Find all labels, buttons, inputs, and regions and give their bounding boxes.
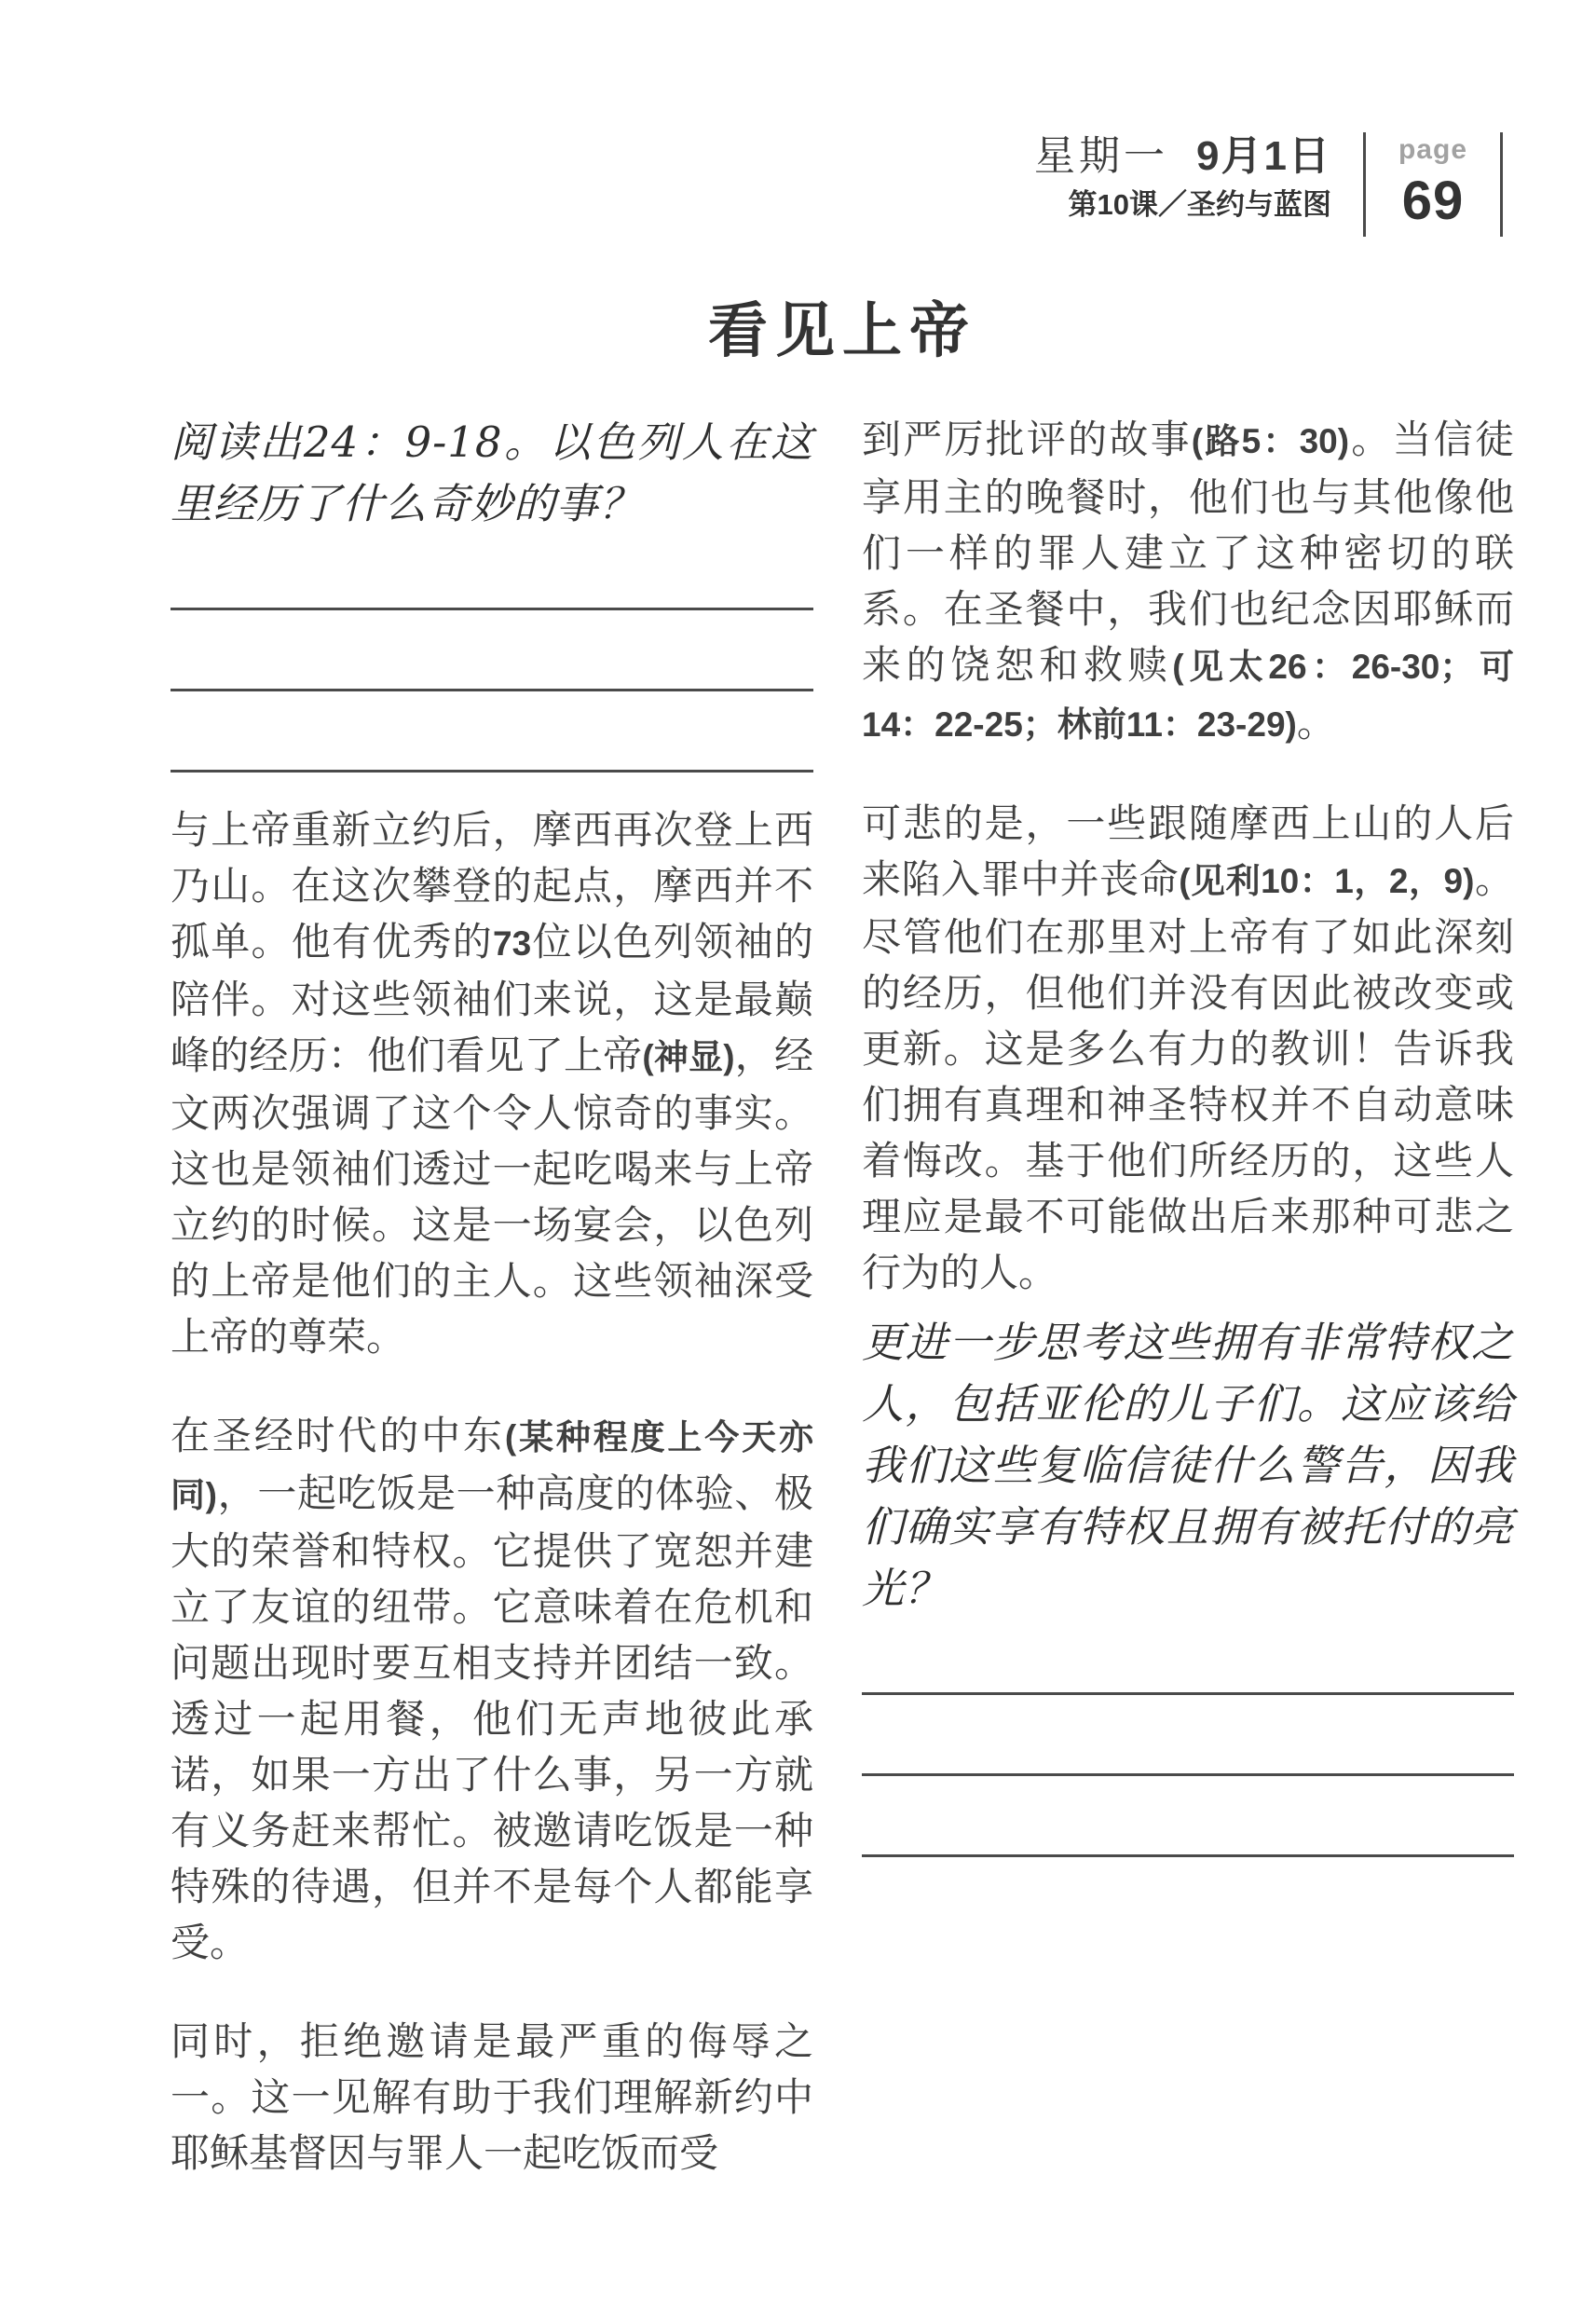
left-column: 阅读出24：9-18。以色列人在这里经历了什么奇妙的事？ 与上帝重新立约后，摩西… [171,412,813,2181]
header-text: 星期一9月1日 第10课／圣约与蓝图 [1034,132,1331,237]
right-column: 到严厉批评的故事(路5：30)。当信徒享用主的晚餐时，他们也与其他像他们一样的罪… [862,412,1514,2181]
text-columns: 阅读出24：9-18。以色列人在这里经历了什么奇妙的事？ 与上帝重新立约后，摩西… [171,412,1514,2181]
text-segment: 同时，拒绝邀请是最严重的侮辱之一。这一见解有助于我们理解新约中耶稣基督因与罪人一… [171,2019,813,2175]
answer-lines-right [862,1614,1514,1857]
scripture-ref: (神显) [642,1038,734,1076]
text-segment: 到严厉批评的故事 [862,417,1192,461]
scripture-ref: (见利10：1，2，9) [1179,862,1474,900]
answer-line [862,1695,1514,1776]
scripture-ref: (路5：30) [1192,422,1349,460]
study-question: 阅读出24：9-18。以色列人在这里经历了什么奇妙的事？ [171,412,813,535]
left-paragraphs: 与上帝重新立约后，摩西再次登上西乃山。在这次攀登的起点，摩西并不孤单。他有优秀的… [171,802,813,2181]
text-segment: ，经文两次强调了这个令人惊奇的事实。这也是领袖们透过一起吃喝来与上帝立约的时候。… [171,1033,813,1359]
answer-line [171,529,813,610]
text-segment: ，一起吃饭是一种高度的体验、极大的荣誉和特权。它提供了宽恕并建立了友谊的纽带。它… [171,1471,813,1964]
lesson-page: 星期一9月1日 第10课／圣约与蓝图 page 69 看见上帝 阅读出24：9-… [0,0,1596,2311]
header-divider-right [1500,132,1503,237]
paragraph: 到严厉批评的故事(路5：30)。当信徒享用主的晚餐时，他们也与其他像他们一样的罪… [862,412,1514,753]
reflection-question: 更进一步思考这些拥有非常特权之人，包括亚伦的儿子们。这应该给我们这些复临信徒什么… [862,1312,1514,1620]
page-header: 星期一9月1日 第10课／圣约与蓝图 page 69 [1034,132,1503,237]
answer-line [862,1614,1514,1695]
answer-line [171,610,813,691]
page-word-label: page [1366,134,1500,166]
text-segment: 。 [1297,701,1336,745]
right-paragraphs: 到严厉批评的故事(路5：30)。当信徒享用主的晚餐时，他们也与其他像他们一样的罪… [862,412,1514,1301]
date-label: 9月1日 [1196,133,1331,179]
lesson-label: 第10课／圣约与蓝图 [1034,188,1331,222]
text-segment: 。尽管他们在那里对上帝有了如此深刻的经历，但他们并没有因此被改变或更新。这是多么… [862,857,1514,1294]
answer-line [862,1776,1514,1857]
weekday-label: 星期一 [1034,133,1168,179]
page-number-box: page 69 [1366,132,1500,237]
answer-line [171,691,813,773]
lesson-title: 看见上帝 [171,294,1514,369]
header-day-line: 星期一9月1日 [1034,132,1331,181]
paragraph: 同时，拒绝邀请是最严重的侮辱之一。这一见解有助于我们理解新约中耶稣基督因与罪人一… [171,2014,813,2181]
paragraph: 可悲的是，一些跟随摩西上山的人后来陷入罪中并丧命(见利10：1，2，9)。尽管他… [862,796,1514,1301]
text-segment: 在圣经时代的中东 [171,1414,505,1457]
paragraph: 与上帝重新立约后，摩西再次登上西乃山。在这次攀登的起点，摩西并不孤单。他有优秀的… [171,802,813,1365]
paragraph: 在圣经时代的中东(某种程度上今天亦同)，一起吃饭是一种高度的体验、极大的荣誉和特… [171,1408,813,1971]
page-number: 69 [1366,170,1500,232]
scripture-ref: 73 [493,924,531,963]
answer-lines-left [171,529,813,773]
